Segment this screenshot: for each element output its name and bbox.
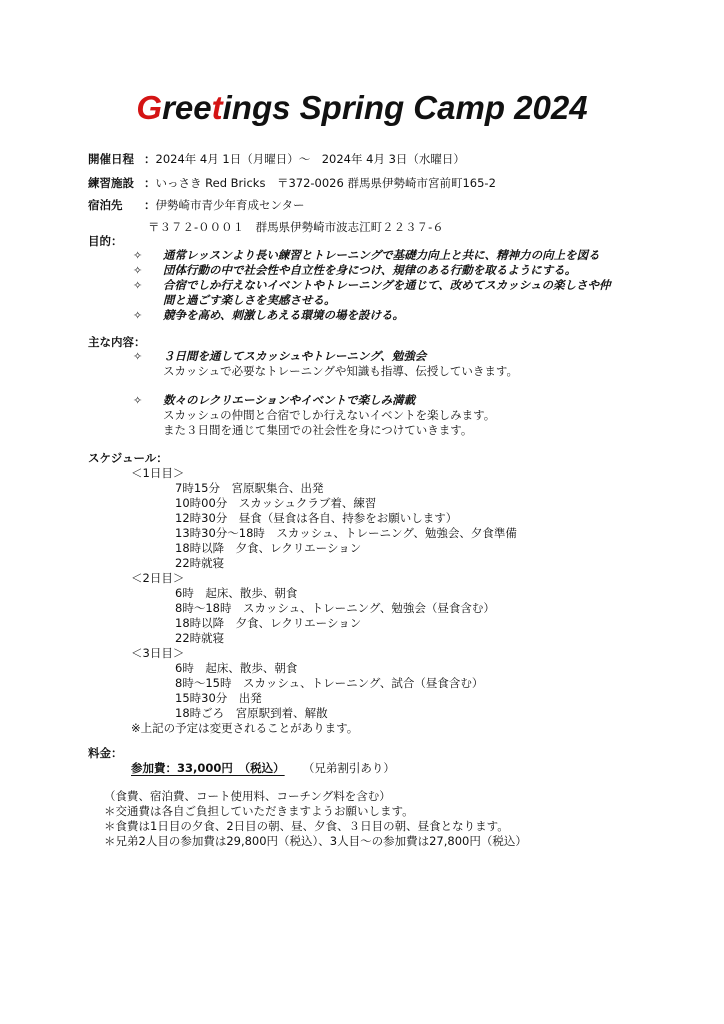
diamond-bullet-icon: ✧ xyxy=(133,279,163,292)
schedule-entry: 7時15分 宮原駅集合、出発 xyxy=(175,482,323,496)
facility-colon: ： xyxy=(144,176,156,190)
fee-note: ＊兄弟2人目の参加費は29,800円（税込）、3人目～の参加費は27,800円（… xyxy=(104,835,527,849)
facility-value: いっさき Red Bricks 〒372-0026 群馬県伊勢崎市宮前町165-… xyxy=(156,176,496,190)
lodging-colon: ： xyxy=(144,198,156,212)
content-item-line: スカッシュの仲間と合宿でしか行えないイベントを楽しみます。 xyxy=(163,409,495,423)
facility-row: 練習施設：いっさき Red Bricks 〒372-0026 群馬県伊勢崎市宮前… xyxy=(88,177,496,191)
purpose-item: ✧合宿でしか行えないイベントやトレーニングを通じて、改めてスカッシュの楽しさや仲 xyxy=(133,279,610,293)
page-title: Greetings Spring Camp 2024 xyxy=(0,88,724,128)
content-item-line: また３日間を通じて集団での社会性を身につけていきます。 xyxy=(163,424,472,438)
dates-value: 2024年 4月 1日（月曜日）～ 2024年 4月 3日（水曜日） xyxy=(156,152,465,166)
diamond-bullet-icon: ✧ xyxy=(133,394,163,407)
dates-row: 開催日程：2024年 4月 1日（月曜日）～ 2024年 4月 3日（水曜日） xyxy=(88,153,465,167)
schedule-entry: 13時30分～18時 スカッシュ、トレーニング、勉強会、夕食準備 xyxy=(175,527,517,541)
diamond-bullet-icon: ✧ xyxy=(133,264,163,277)
diamond-bullet-icon: ✧ xyxy=(133,350,163,363)
diamond-bullet-icon: ✧ xyxy=(133,309,163,322)
fee-note: ＊食費は1日目の夕食、2日目の朝、昼、夕食、３日目の朝、昼食となります。 xyxy=(104,820,509,834)
schedule-entry: 15時30分 出発 xyxy=(175,692,262,706)
fee-note: ＊交通費は各自ご負担していただきますようお願いします。 xyxy=(104,805,414,819)
lodging-row: 宿泊先 ：伊勢崎市青少年育成センター xyxy=(88,199,305,213)
schedule-heading: スケジュール： xyxy=(88,452,168,466)
schedule-entry: 18時以降 夕食、レクリエーション xyxy=(175,542,361,556)
purpose-item: ✧団体行動の中で社会性や自立性を身につけ、規律のある行動を取るようにする。 xyxy=(133,264,576,278)
schedule-entry: 18時以降 夕食、レクリエーション xyxy=(175,617,361,631)
fee-row: 参加費：33,000円 （税込） （兄弟割引あり） xyxy=(131,762,395,776)
purpose-item: ✧通常レッスンより長い練習とトレーニングで基礎力向上と共に、精神力の向上を図る xyxy=(133,249,600,263)
sibling-discount-note: （兄弟割引あり） xyxy=(303,761,395,775)
day-label: ＜3日目＞ xyxy=(131,647,184,661)
schedule-entry: 18時ごろ 宮原駅到着、解散 xyxy=(175,707,328,721)
day-label: ＜2日目＞ xyxy=(131,572,184,586)
schedule-entry: 10時00分 スカッシュクラブ着、練習 xyxy=(175,497,376,511)
purpose-item-continuation: 間と過ごす楽しさを実感させる。 xyxy=(163,294,336,308)
purpose-heading: 目的： xyxy=(88,235,123,249)
schedule-entry: 12時30分 昼食（昼食は各自、持参をお願いします） xyxy=(175,512,457,526)
title-letter-t: t xyxy=(212,89,223,126)
lodging-address: 〒３７２-０００１ 群馬県伊勢崎市波志江町２２３７-６ xyxy=(148,221,444,235)
content-item-title: ✧３日間を通してスカッシュやトレーニング、勉強会 xyxy=(133,350,426,364)
schedule-entry: 6時 起床、散歩、朝食 xyxy=(175,662,297,676)
lodging-label: 宿泊先 xyxy=(88,199,144,213)
schedule-note: ※上記の予定は変更されることがあります。 xyxy=(131,722,358,736)
dates-label: 開催日程 xyxy=(88,153,144,167)
schedule-entry: 22時就寝 xyxy=(175,632,224,646)
title-part-rest: ings Spring Camp 2024 xyxy=(223,89,588,126)
content-item-title: ✧数々のレクリエーションやイベントで楽しみ満載 xyxy=(133,394,415,408)
title-part-ree: ree xyxy=(162,89,212,126)
lodging-value: 伊勢崎市青少年育成センター xyxy=(156,198,305,212)
day-label: ＜1日目＞ xyxy=(131,467,184,481)
dates-colon: ： xyxy=(144,152,156,166)
fee-main: 参加費：33,000円 （税込） xyxy=(131,761,285,775)
title-letter-g: G xyxy=(136,89,162,126)
diamond-bullet-icon: ✧ xyxy=(133,249,163,262)
schedule-entry: 8時～15時 スカッシュ、トレーニング、試合（昼食含む） xyxy=(175,677,483,691)
facility-label: 練習施設 xyxy=(88,177,144,191)
fee-heading: 料金： xyxy=(88,747,123,761)
fee-note: （食費、宿泊費、コート使用料、コーチング料を含む） xyxy=(104,790,391,804)
schedule-entry: 22時就寝 xyxy=(175,557,224,571)
schedule-entry: 6時 起床、散歩、朝食 xyxy=(175,587,297,601)
schedule-entry: 8時～18時 スカッシュ、トレーニング、勉強会（昼食含む） xyxy=(175,602,495,616)
purpose-item: ✧競争を高め、刺激しあえる環境の場を設ける。 xyxy=(133,309,404,323)
content-item-line: スカッシュで必要なトレーニングや知識も指導、伝授していきます。 xyxy=(163,365,518,379)
content-heading: 主な内容： xyxy=(88,336,146,350)
